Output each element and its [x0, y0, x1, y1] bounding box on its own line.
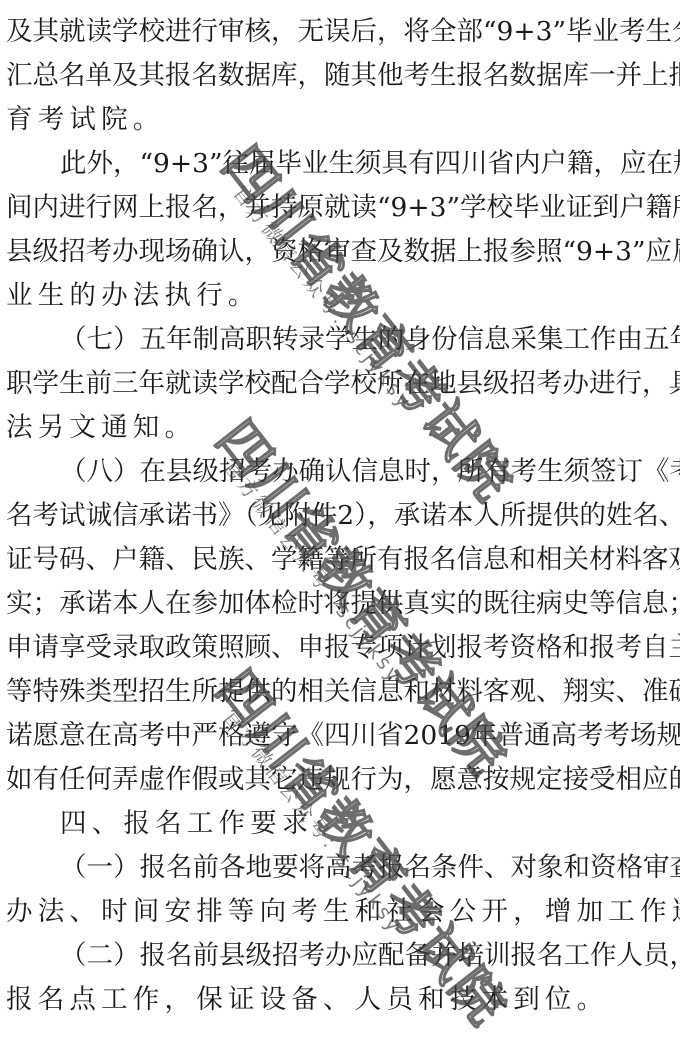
text-line: 法另文通知。	[6, 410, 676, 446]
text-line: 职学生前三年就读学校配合学校所在地县级招考办进行，具体办	[6, 366, 676, 402]
text-line: 等特殊类型招生所提供的相关信息和材料客观、翔实、准确；承	[6, 674, 676, 710]
text-line: （二）报名前县级招考办应配备并培训报名工作人员，指导	[60, 938, 676, 974]
text-line: 间内进行网上报名，并持原就读“9+3”学校毕业证到户籍所在	[6, 190, 676, 226]
text-line: （七）五年制高职转录学生的身份信息采集工作由五年制高	[60, 322, 676, 358]
text-line: 办法、时间安排等向考生和社会公开，增加工作透明度。	[6, 894, 676, 930]
text-line: 此外，“9+3”往届毕业生须具有四川省内户籍，应在规定时	[60, 146, 676, 182]
text-line: 业生的办法执行。	[6, 278, 676, 314]
text-line: 报名点工作，保证设备、人员和技术到位。	[6, 982, 676, 1018]
text-line: 申请享受录取政策照顾、申报专项计划报考资格和报考自主招生	[6, 630, 676, 666]
text-line: （八）在县级招考办确认信息时，所有考生须签订《考生报	[60, 454, 676, 490]
text-line: 名考试诚信承诺书》（见附件2），承诺本人所提供的姓名、身份	[6, 498, 676, 534]
text-line: 如有任何弄虚作假或其它违规行为，愿意按规定接受相应的处理。	[6, 762, 676, 798]
text-line: 实；承诺本人在参加体检时将提供真实的既往病史等信息；承诺	[6, 586, 676, 622]
document-page: 及其就读学校进行审核，无误后，将全部“9+3”毕业考生分类 汇总名单及其报名数据…	[0, 0, 680, 1047]
text-line: 汇总名单及其报名数据库，随其他考生报名数据库一并上报省教	[6, 58, 676, 94]
text-line: 证号码、户籍、民族、学籍等所有报名信息和相关材料客观、真	[6, 542, 676, 578]
text-line: 及其就读学校进行审核，无误后，将全部“9+3”毕业考生分类	[6, 14, 676, 50]
text-line: 县级招考办现场确认，资格审查及数据上报参照“9+3”应届毕	[6, 234, 676, 270]
section-heading: 四、报名工作要求	[60, 806, 676, 842]
text-line: 诺愿意在高考中严格遵守《四川省2019年普通高考考场规则》。	[6, 718, 676, 754]
text-line: （一）报名前各地要将高考报名条件、对象和资格审查内容、	[60, 850, 676, 886]
text-line: 育考试院。	[6, 102, 676, 138]
